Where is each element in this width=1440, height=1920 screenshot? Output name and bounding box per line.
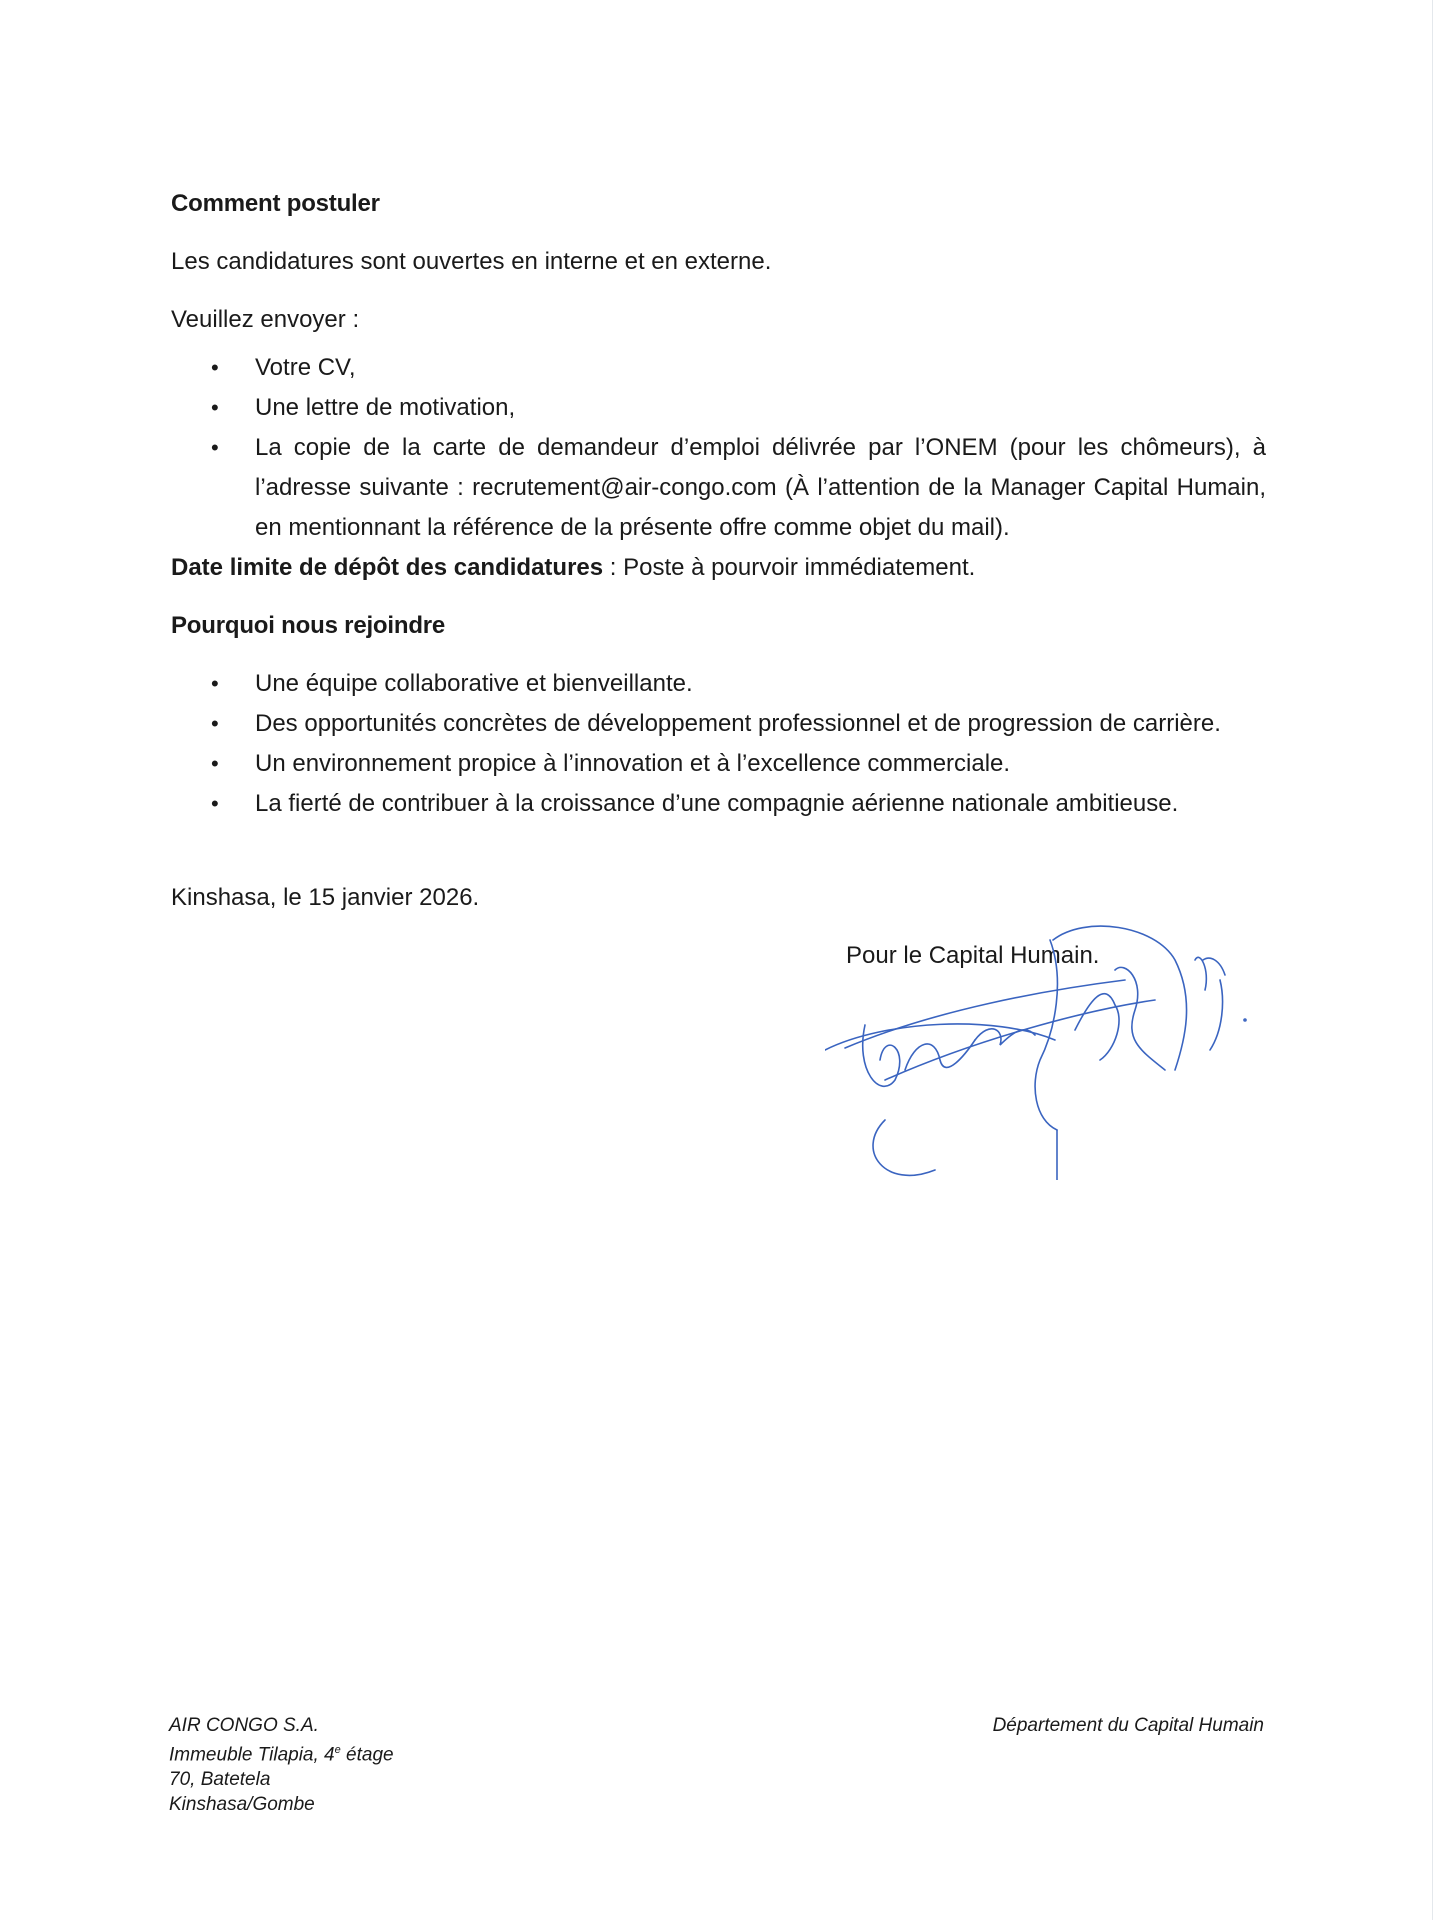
footer-company: AIR CONGO S.A. xyxy=(169,1713,394,1738)
footer-city: Kinshasa/Gombe xyxy=(169,1792,394,1817)
list-item: La fierté de contribuer à la croissance … xyxy=(255,784,1266,824)
footer-address: AIR CONGO S.A. Immeuble Tilapia, 4e étag… xyxy=(169,1713,394,1817)
list-item: Une lettre de motivation, xyxy=(255,388,1266,428)
deadline-value: : Poste à pourvoir immédiatement. xyxy=(603,554,975,581)
why-heading: Pourquoi nous rejoindre xyxy=(171,606,1266,646)
letter-body: Comment postuler Les candidatures sont o… xyxy=(171,180,1266,1022)
deadline-label: Date limite de dépôt des candidatures xyxy=(171,554,603,581)
apply-list: Votre CV, Une lettre de motivation, La c… xyxy=(171,348,1266,548)
footer-street: 70, Batetela xyxy=(169,1767,394,1792)
footer-building: Immeuble Tilapia, 4e étage xyxy=(169,1738,394,1767)
deadline: Date limite de dépôt des candidatures : … xyxy=(171,548,1266,588)
place-date: Kinshasa, le 15 janvier 2026. xyxy=(171,878,479,918)
why-list: Une équipe collaborative et bienveillant… xyxy=(171,664,1266,824)
apply-prompt: Veuillez envoyer : xyxy=(171,300,1266,340)
page-edge-line xyxy=(1432,0,1433,1920)
list-item: Des opportunités concrètes de développem… xyxy=(255,704,1266,744)
list-item: Une équipe collaborative et bienveillant… xyxy=(255,664,1266,704)
list-item: Un environnement propice à l’innovation … xyxy=(255,744,1266,784)
signoff: Pour le Capital Humain. xyxy=(846,936,1099,976)
list-item: Votre CV, xyxy=(255,348,1266,388)
apply-heading: Comment postuler xyxy=(171,184,1266,224)
apply-intro: Les candidatures sont ouvertes en intern… xyxy=(171,242,1266,282)
closing: Kinshasa, le 15 janvier 2026. Pour le Ca… xyxy=(171,862,1266,1022)
footer-department: Département du Capital Humain xyxy=(993,1713,1264,1738)
list-item: La copie de la carte de demandeur d’empl… xyxy=(255,428,1266,548)
